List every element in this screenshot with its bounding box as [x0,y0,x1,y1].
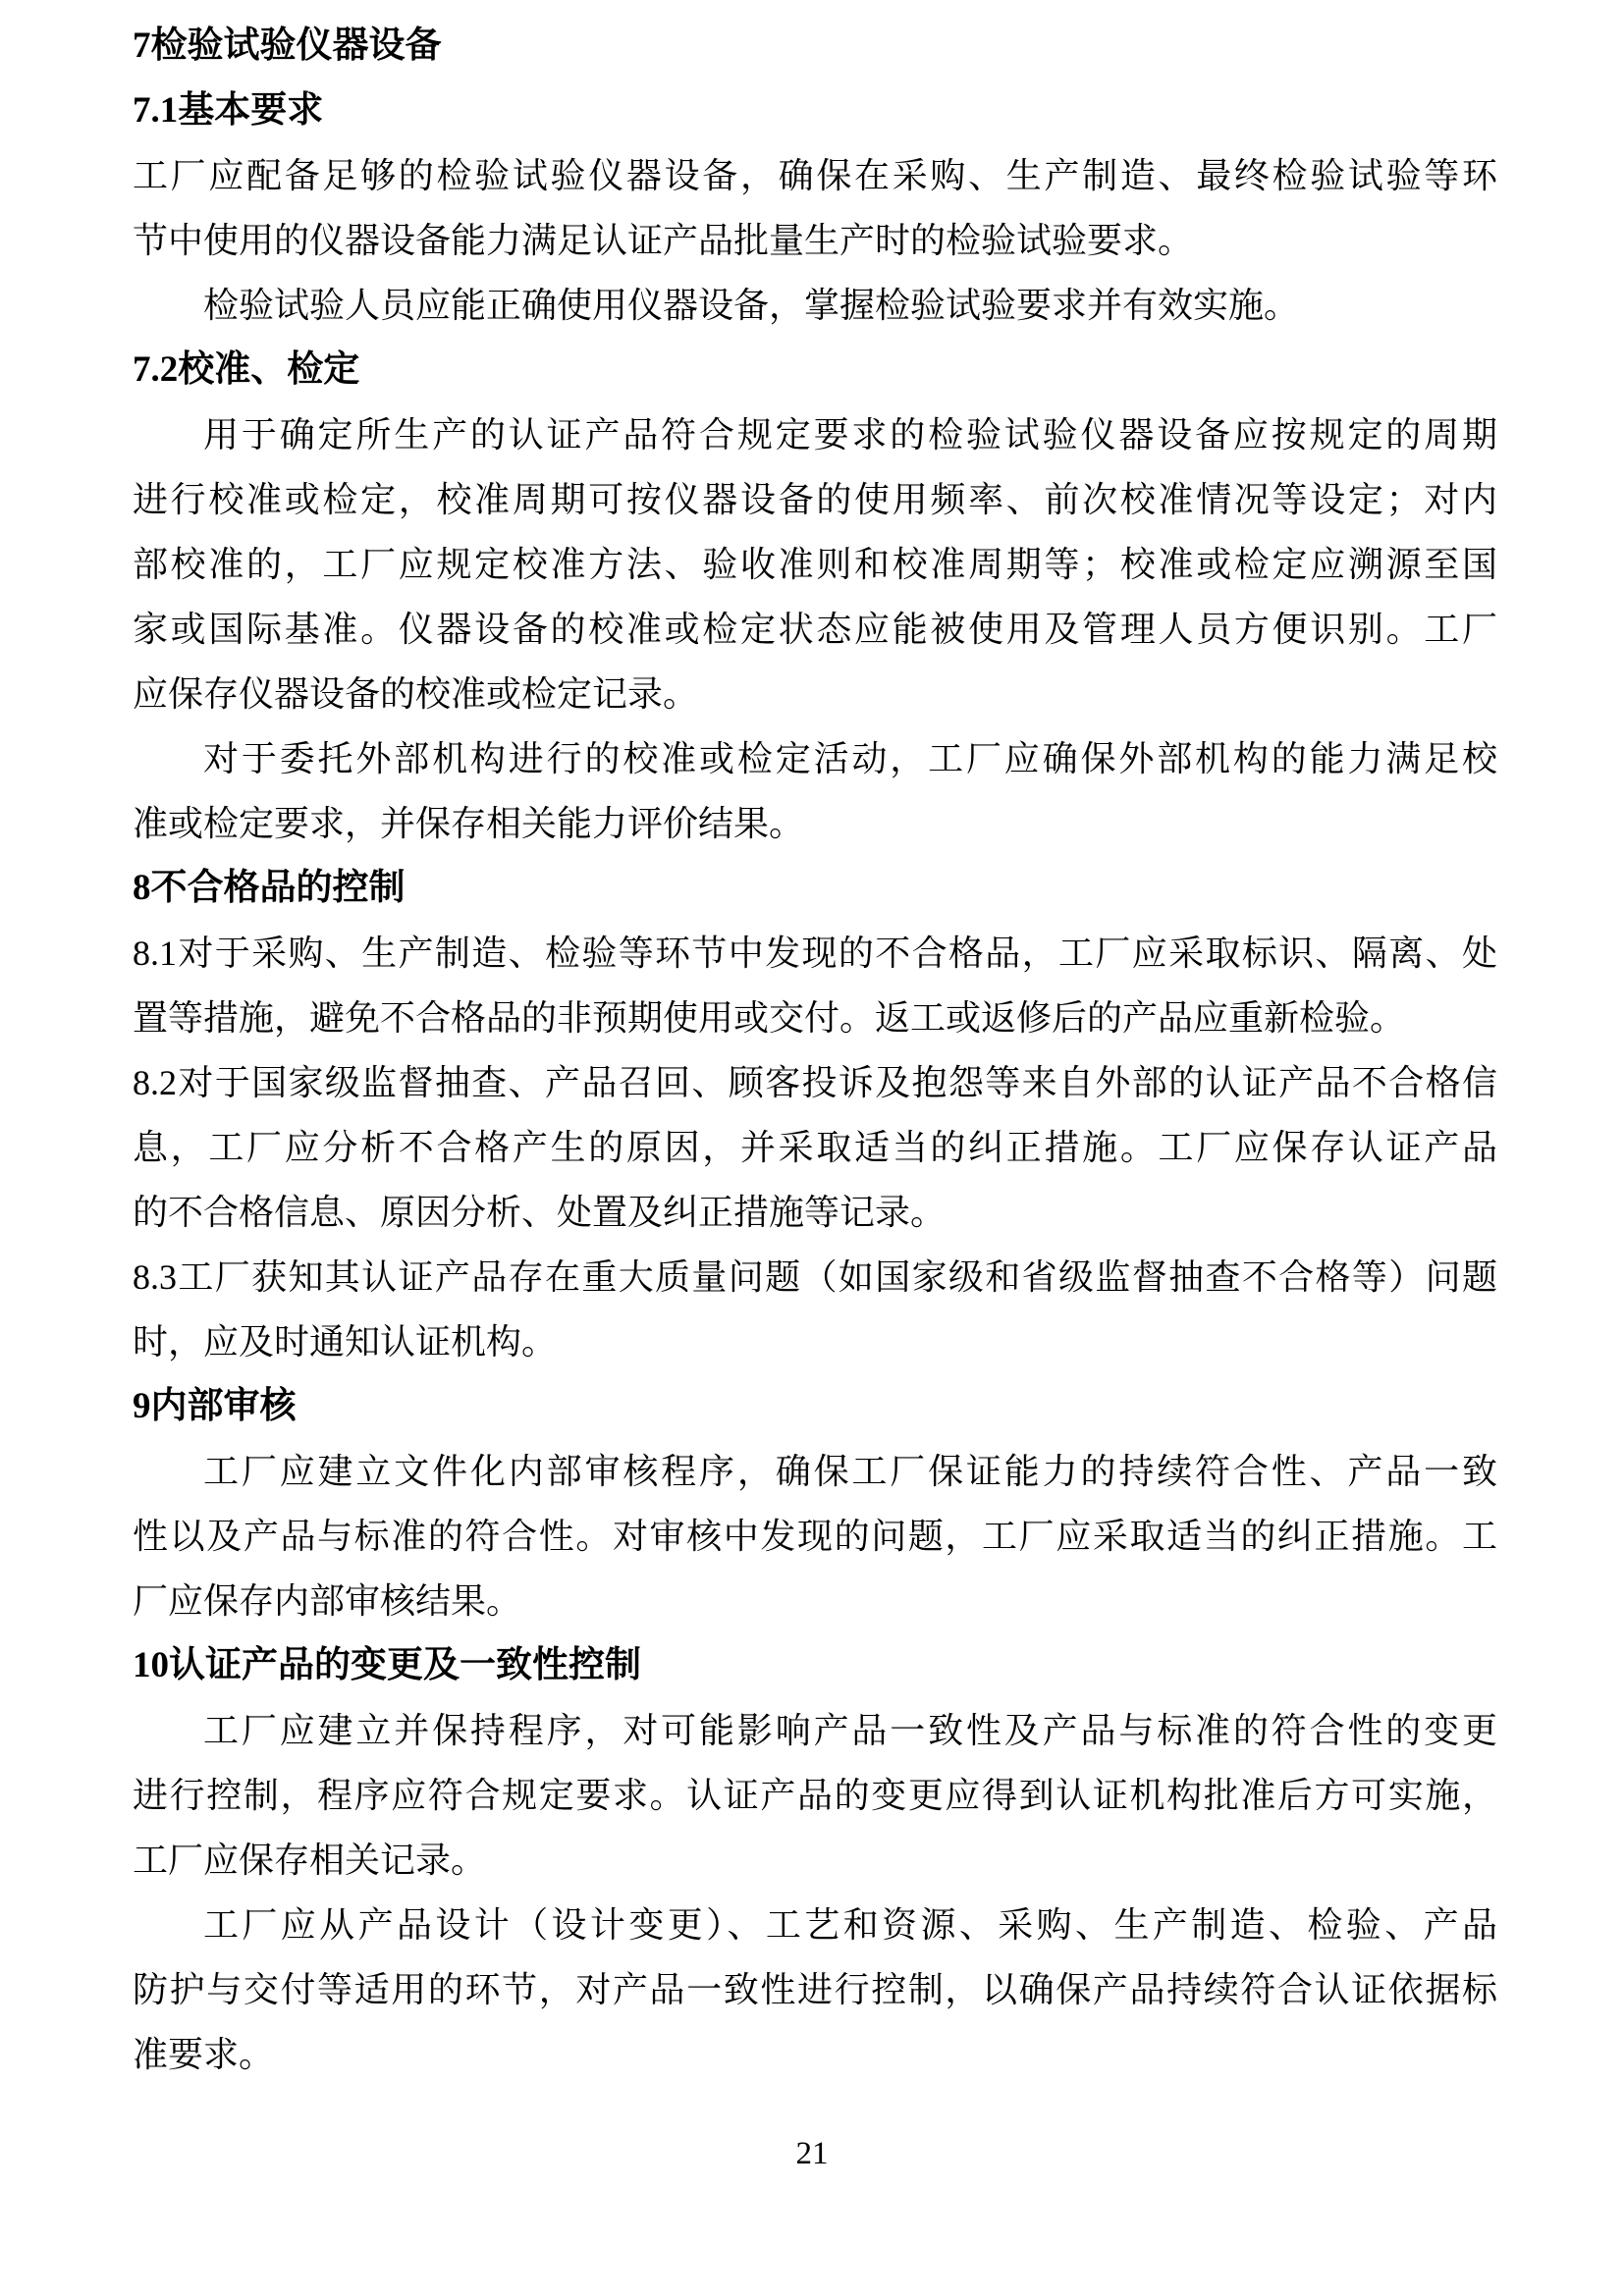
body-line: 置等措施，避免不合格品的非预期使用或交付。返工或返修后的产品应重新检验。 [133,986,1497,1050]
body-line: 息，工厂应分析不合格产生的原因，并采取适当的纠正措施。工厂应保存认证产品 [133,1115,1497,1180]
heading-7: 7检验试验仪器设备 [133,14,1497,79]
body-line: 厂应保存内部审核结果。 [133,1569,1497,1633]
body-line: 进行校准或检定，校准周期可按仪器设备的使用频率、前次校准情况等设定；对内 [133,467,1497,532]
body-line: 检验试验人员应能正确使用仪器设备，掌握检验试验要求并有效实施。 [133,273,1497,338]
body-line: 工厂应配备足够的检验试验仪器设备，确保在采购、生产制造、最终检验试验等环 [133,143,1497,208]
heading-8: 8不合格品的控制 [133,856,1497,921]
heading-7-2: 7.2校准、检定 [133,338,1497,402]
body-line: 对于委托外部机构进行的校准或检定活动，工厂应确保外部机构的能力满足校 [133,726,1497,791]
body-line: 8.2对于国家级监督抽查、产品召回、顾客投诉及抱怨等来自外部的认证产品不合格信 [133,1050,1497,1115]
body-line: 时，应及时通知认证机构。 [133,1309,1497,1374]
body-line: 工厂应建立文件化内部审核程序，确保工厂保证能力的持续符合性、产品一致 [133,1439,1497,1504]
body-line: 准或检定要求，并保存相关能力评价结果。 [133,791,1497,856]
heading-9: 9内部审核 [133,1374,1497,1439]
heading-7-1: 7.1基本要求 [133,79,1497,143]
document-body: 7检验试验仪器设备 7.1基本要求 工厂应配备足够的检验试验仪器设备，确保在采购… [0,0,1624,2087]
body-line: 节中使用的仪器设备能力满足认证产品批量生产时的检验试验要求。 [133,208,1497,273]
body-line: 家或国际基准。仪器设备的校准或检定状态应能被使用及管理人员方便识别。工厂 [133,597,1497,662]
body-line: 工厂应从产品设计（设计变更）、工艺和资源、采购、生产制造、检验、产品 [133,1893,1497,1957]
body-line: 工厂应保存相关记录。 [133,1828,1497,1893]
body-line: 性以及产品与标准的符合性。对审核中发现的问题，工厂应采取适当的纠正措施。工 [133,1504,1497,1569]
body-line: 8.3工厂获知其认证产品存在重大质量问题（如国家级和省级监督抽查不合格等）问题 [133,1245,1497,1309]
body-line: 工厂应建立并保持程序，对可能影响产品一致性及产品与标准的符合性的变更 [133,1698,1497,1763]
page-number: 21 [0,2132,1624,2175]
document-page: 7检验试验仪器设备 7.1基本要求 工厂应配备足够的检验试验仪器设备，确保在采购… [0,0,1624,2296]
body-line: 准要求。 [133,2022,1497,2087]
body-line: 8.1对于采购、生产制造、检验等环节中发现的不合格品，工厂应采取标识、隔离、处 [133,921,1497,986]
body-line: 进行控制，程序应符合规定要求。认证产品的变更应得到认证机构批准后方可实施， [133,1763,1497,1828]
body-line: 的不合格信息、原因分析、处置及纠正措施等记录。 [133,1180,1497,1245]
body-line: 用于确定所生产的认证产品符合规定要求的检验试验仪器设备应按规定的周期 [133,402,1497,467]
heading-10: 10认证产品的变更及一致性控制 [133,1633,1497,1698]
body-line: 应保存仪器设备的校准或检定记录。 [133,662,1497,726]
body-line: 部校准的，工厂应规定校准方法、验收准则和校准周期等；校准或检定应溯源至国 [133,532,1497,597]
body-line: 防护与交付等适用的环节，对产品一致性进行控制，以确保产品持续符合认证依据标 [133,1957,1497,2022]
